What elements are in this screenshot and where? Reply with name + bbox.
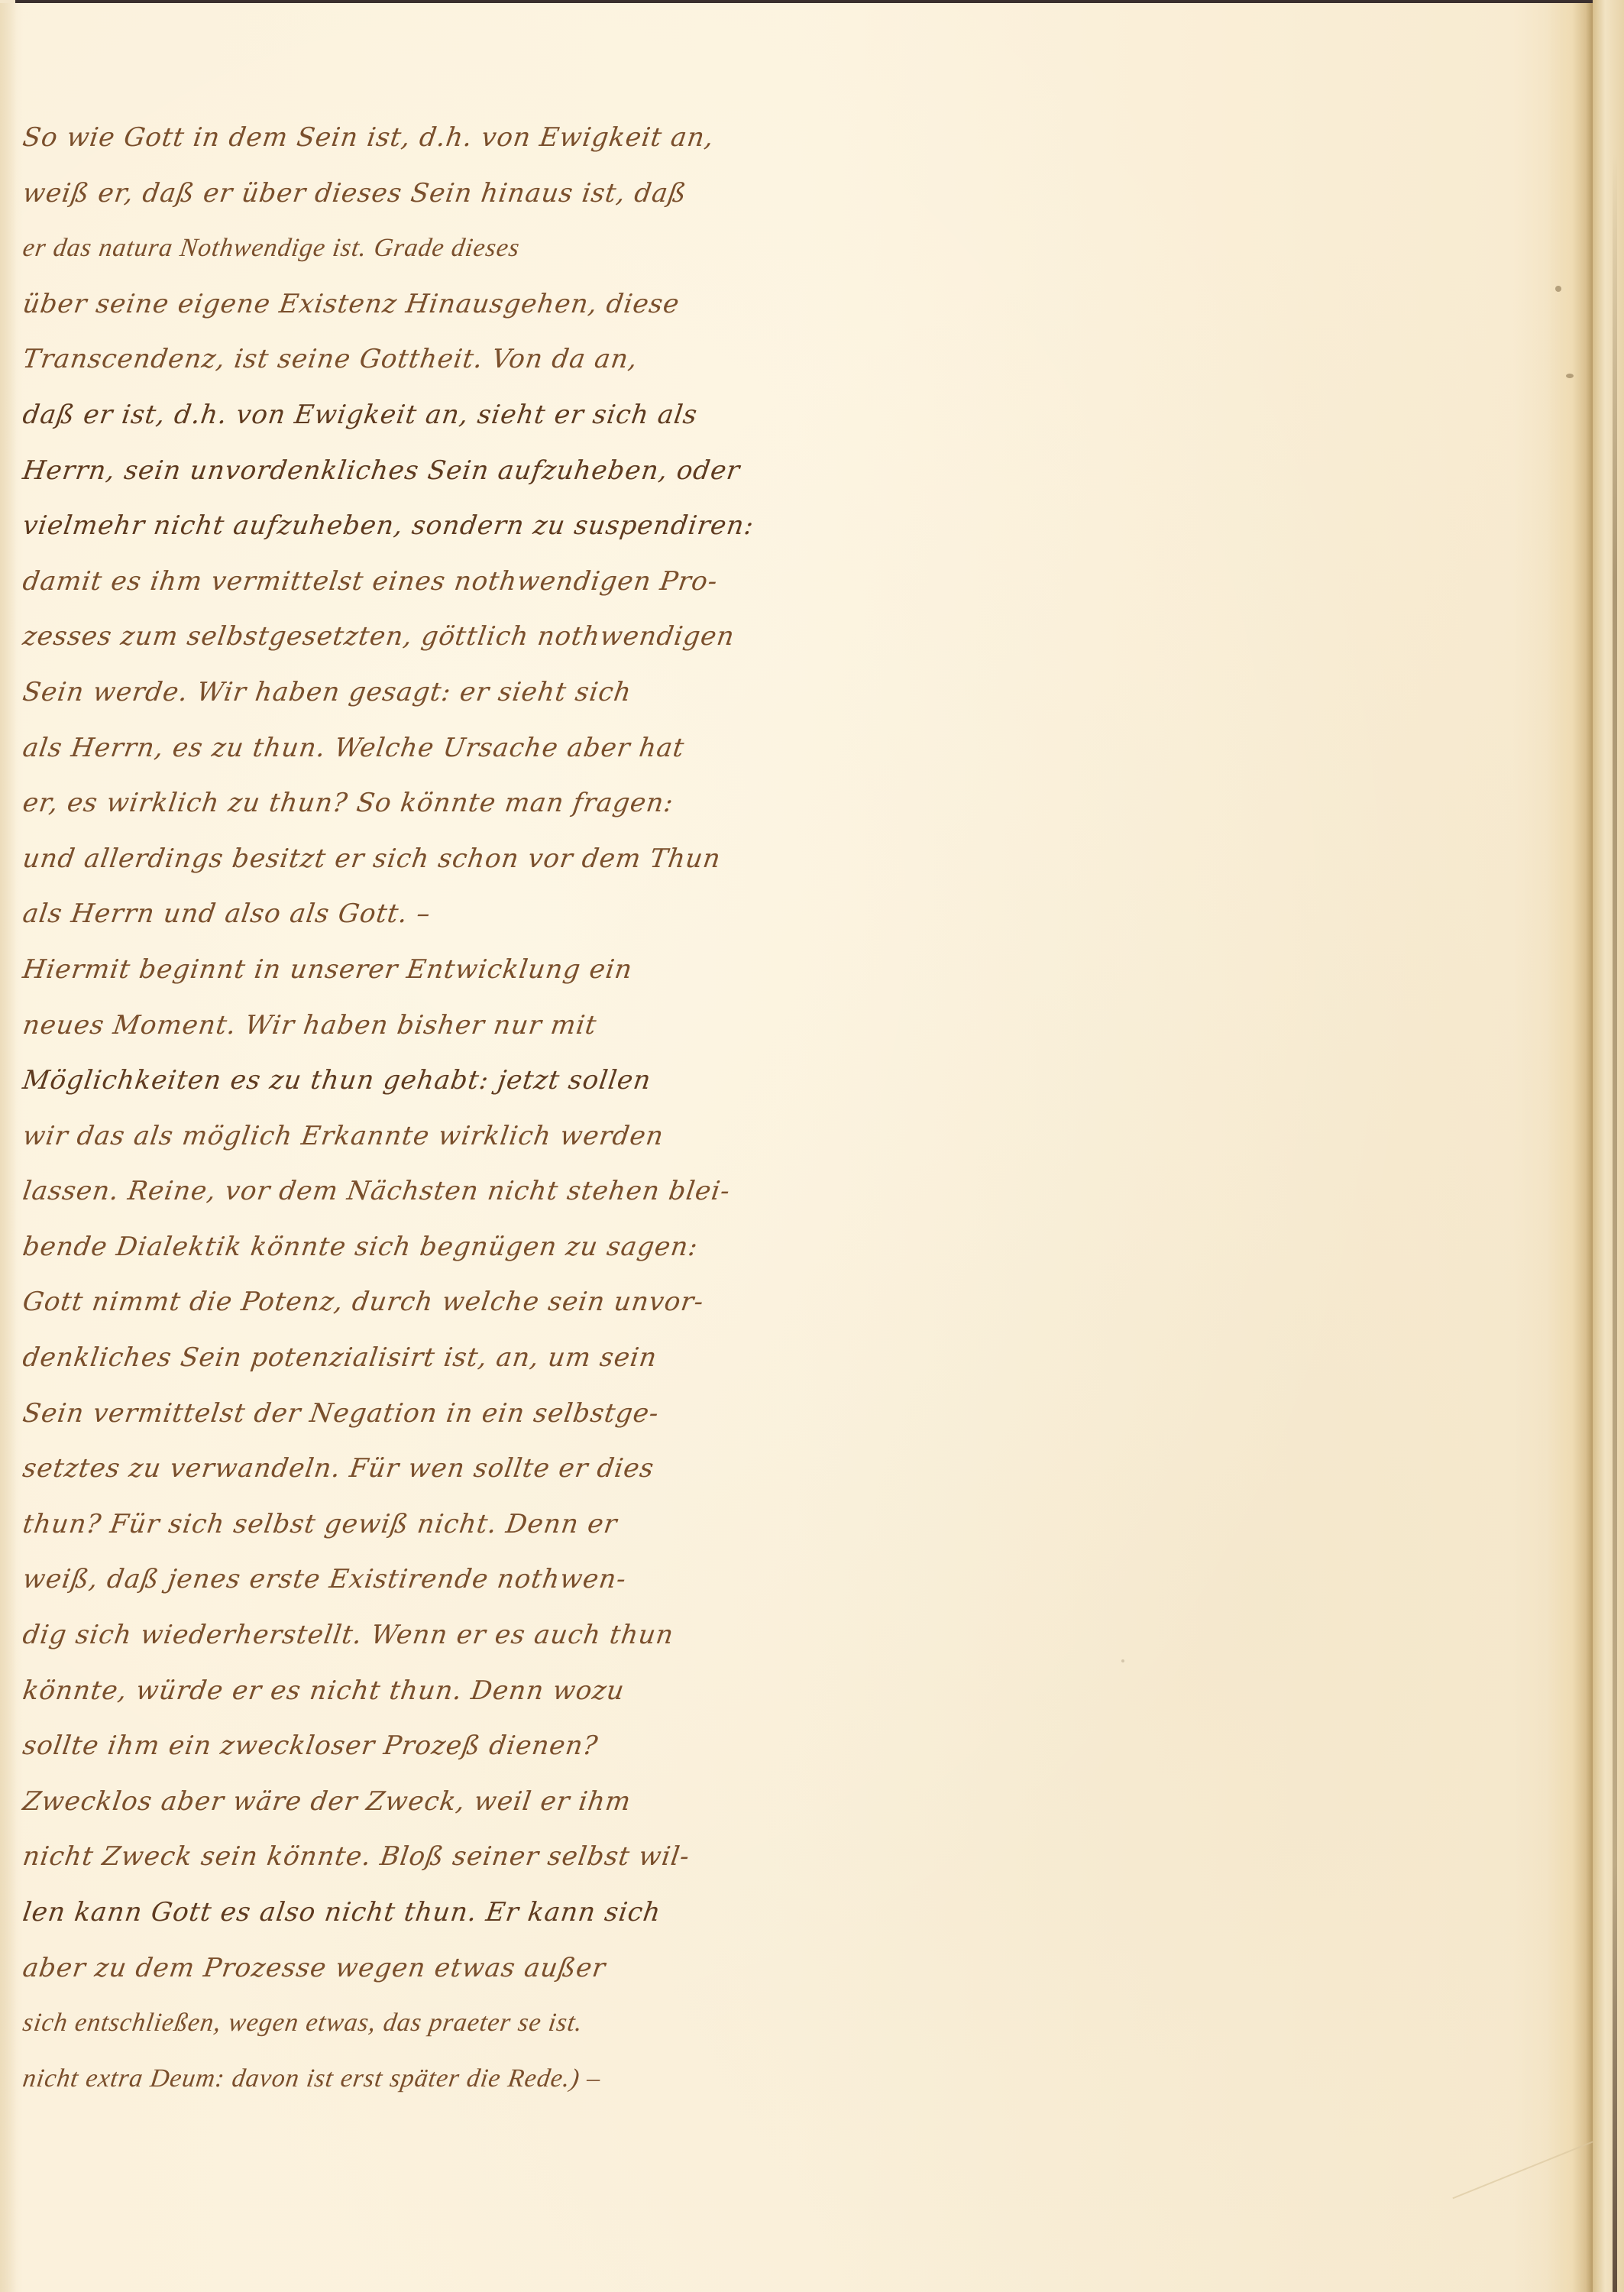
text-line: weiß er, daß er über dieses Sein hinaus … [19,166,844,222]
ink-speck [1555,286,1561,292]
text-line: Möglichkeiten es zu thun gehabt: jetzt s… [19,1053,844,1109]
text-line: aber zu dem Prozesse wegen etwas außer [19,1941,844,1996]
text-line: er das natura Nothwendige ist. Grade die… [19,221,844,277]
text-line: Sein werde. Wir haben gesagt: er sieht s… [19,665,844,720]
text-line: setztes zu verwandeln. Für wen sollte er… [19,1441,844,1497]
text-line: denkliches Sein potenzialisirt ist, an, … [19,1330,844,1386]
text-line: weiß, daß jenes erste Existirende nothwe… [19,1552,844,1607]
text-line: als Herrn, es zu thun. Welche Ursache ab… [19,720,844,776]
text-line: neues Moment. Wir haben bisher nur mit [19,998,844,1054]
handwritten-text-block: So wie Gott in dem Sein ist, d.h. von Ew… [23,110,840,2106]
text-line: zesses zum selbstgesetzten, göttlich not… [19,609,844,665]
text-line: Sein vermittelst der Negation in ein sel… [19,1386,844,1442]
text-line: lassen. Reine, vor dem Nächsten nicht st… [19,1164,844,1219]
page-right-edge-stain [1547,3,1593,2292]
text-line: len kann Gott es also nicht thun. Er kan… [19,1885,844,1941]
text-line: dig sich wiederherstellt. Wenn er es auc… [19,1607,844,1663]
text-line: vielmehr nicht aufzuheben, sondern zu su… [19,498,844,554]
book-cover-edge [1613,153,1617,2292]
text-line: Gott nimmt die Potenz, durch welche sein… [19,1274,844,1330]
text-line: als Herrn und also als Gott. – [19,886,844,942]
text-line: wir das als möglich Erkannte wirklich we… [19,1109,844,1164]
text-line: nicht extra Deum: davon ist erst später … [19,2051,844,2107]
text-line: über seine eigene Existenz Hinausgehen, … [19,277,844,332]
text-line: er, es wirklich zu thun? So könnte man f… [19,775,844,831]
text-line: und allerdings besitzt er sich schon vor… [19,831,844,887]
text-line: nicht Zweck sein könnte. Bloß seiner sel… [19,1829,844,1885]
page-gutter-shadow [0,3,17,2292]
text-line: So wie Gott in dem Sein ist, d.h. von Ew… [19,110,844,166]
text-line: könnte, würde er es nicht thun. Denn woz… [19,1663,844,1719]
ink-speck [1566,374,1574,378]
paper-speck [1121,1659,1124,1662]
text-line: thun? Für sich selbst gewiß nicht. Denn … [19,1497,844,1552]
text-line: Zwecklos aber wäre der Zweck, weil er ih… [19,1774,844,1830]
text-line: sollte ihm ein zweckloser Prozeß dienen? [19,1718,844,1774]
text-line: sich entschließen, wegen etwas, das prae… [19,1996,844,2051]
adjacent-page-edge [1593,0,1624,2292]
text-line: damit es ihm vermittelst eines nothwendi… [19,554,844,610]
text-line: Hiermit beginnt in unserer Entwicklung e… [19,942,844,998]
text-line: bende Dialektik könnte sich begnügen zu … [19,1219,844,1275]
manuscript-page: So wie Gott in dem Sein ist, d.h. von Ew… [0,3,1593,2292]
text-line: Transcendenz, ist seine Gottheit. Von da… [19,332,844,387]
text-line: Herrn, sein unvordenkliches Sein aufzuhe… [19,443,844,499]
text-line: daß er ist, d.h. von Ewigkeit an, sieht … [19,387,844,443]
